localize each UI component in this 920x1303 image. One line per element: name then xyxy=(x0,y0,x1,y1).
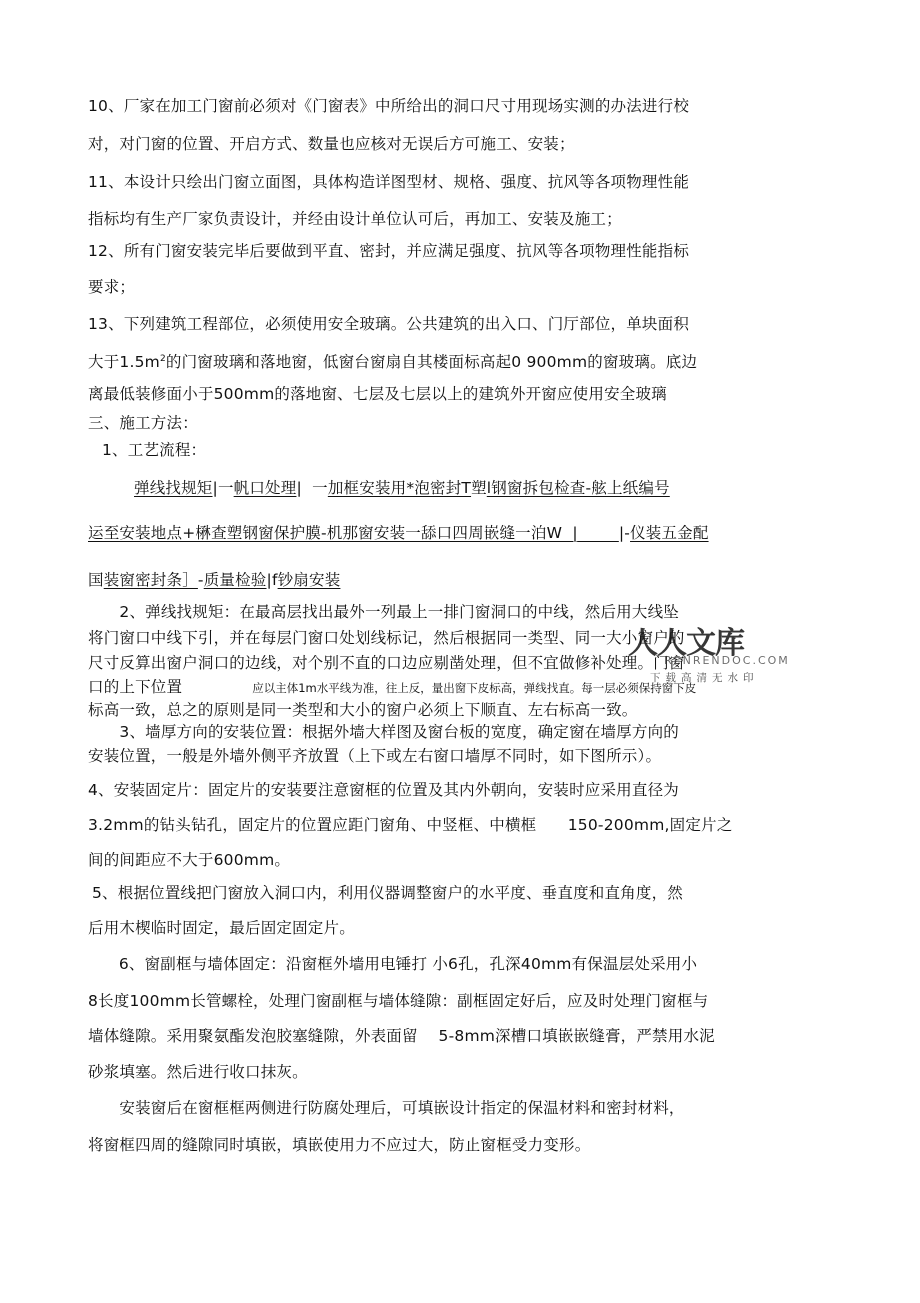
closing-line-2: 将窗框四周的缝隙同时填嵌，填嵌使用力不应过大，防止窗框受力变形。 xyxy=(88,1135,590,1155)
paragraph-13-line-1: 13、下列建筑工程部位，必须使用安全玻璃。公共建筑的出入口、门厅部位，单块面积 xyxy=(88,314,689,334)
step-6-line-1: 6、窗副框与墙体固定：沿窗框外墙用电锤打 小6孔，孔深40mm有保温层处采用小 xyxy=(98,954,697,974)
flow-seg: 质量检验 xyxy=(204,571,267,589)
process-flow-line-3: 国装窗密封条］-质量检验|f钞扇安装 xyxy=(88,570,340,590)
paragraph-13-line-2: 大于1.5m2的门窗玻璃和落地窗，低窗台窗扇自其楼面标高起0 900mm的窗玻璃… xyxy=(88,349,697,372)
paragraph-12-line-1: 12、所有门窗安装完毕后要做到平直、密封，并应满足强度、抗风等各项物理性能指标 xyxy=(88,241,689,261)
step-4-line-1: 4、安装固定片：固定片的安装要注意窗框的位置及其内外朝向，安装时应采用直径为 xyxy=(88,780,679,800)
process-flow-line-1: 弹线找规矩|一帆口处理| 一加框安装用*泡密封T塑l钢窗拆包检查-舷上纸编号 xyxy=(134,478,670,498)
flow-seg: 塑 xyxy=(471,479,487,497)
step-1-heading: 1、工艺流程： xyxy=(102,440,206,460)
paragraph-10-line-1: 10、厂家在加工门窗前必须对《门窗表》中所给出的洞口尺寸用现场实测的办法进行校 xyxy=(88,96,689,116)
paragraph-10-line-2: 对，对门窗的位置、开启方式、数量也应核对无误后方可施工、安装； xyxy=(88,134,575,154)
step-2-text-a: 口的上下位置 xyxy=(88,678,182,696)
paragraph-12-line-2: 要求； xyxy=(88,277,135,297)
step-2-line-4: 口的上下位置应以主体1m水平线为准，往上反，量出窗下皮标高，弹线找直。每一层必须… xyxy=(88,677,696,698)
flow-seg: 帆口处理 xyxy=(234,479,297,497)
flow-seg: 弹线找规矩 xyxy=(134,479,213,497)
paragraph-11-line-1: 11、本设计只绘出门窗立面图，具体构造详图型材、规格、强度、抗风等各项物理性能 xyxy=(88,172,689,192)
flow-seg: 运至安装地点+楙查塑钢窗保护膜-机那窗安装一舔口四周嵌缝一泊W | xyxy=(88,524,578,542)
step-2-line-2: 将门窗口中线下引，并在每层门窗口处划线标记，然后根据同一类型、同一大小窗户的 xyxy=(88,628,685,648)
paragraph-13-line-3: 离最低装修面小于500mm的落地窗、七层及七层以上的建筑外开窗应使用安全玻璃 xyxy=(88,384,667,404)
flow-seg: 国 xyxy=(88,571,104,589)
step-2-line-1: 2、弹线找规矩：在最高层找出最外一列最上一排门窗洞口的中线，然后用大线坠 xyxy=(88,602,679,622)
paragraph-11-line-2: 指标均有生产厂家负责设计，并经由设计单位认可后，再加工、安装及施工； xyxy=(88,209,622,229)
step-5-line-1: 5、根据位置线把门窗放入洞口内，利用仪器调整窗户的水平度、垂直度和直角度，然 xyxy=(92,883,683,903)
flow-seg xyxy=(578,524,619,542)
step-5-line-2: 后用木楔临时固定，最后固定固定片。 xyxy=(88,918,355,938)
flow-seg: 仪装五金配 xyxy=(630,524,709,542)
flow-seg: |f xyxy=(267,571,278,589)
flow-seg: 钞扇安装 xyxy=(278,571,341,589)
step-3-line-1: 3、墙厚方向的安装位置：根据外墙大样图及窗台板的宽度，确定窗在墙厚方向的 xyxy=(88,722,679,742)
step-2-line-5: 标高一致，总之的原则是同一类型和大小的窗户必须上下顺直、左右标高一致。 xyxy=(88,700,638,720)
p13-text-a: 大于1.5m xyxy=(88,353,160,371)
section-3-heading: 三、施工方法： xyxy=(88,413,198,433)
p13-text-b: 的门窗玻璃和落地窗，低窗台窗扇自其楼面标高起0 900mm的窗玻璃。底边 xyxy=(166,353,697,371)
step-4-line-2: 3.2mm的钻头钻孔，固定片的位置应距门窗角、中竖框、中横框 150-200mm… xyxy=(88,815,732,835)
flow-seg: 装窗密封条］ xyxy=(104,571,198,589)
flow-seg: l钢窗拆包检查-舷上纸编号 xyxy=(487,479,670,497)
process-flow-line-2: 运至安装地点+楙查塑钢窗保护膜-机那窗安装一舔口四周嵌缝一泊W | |-仪装五金… xyxy=(88,523,709,543)
step-4-line-3: 间的间距应不大于600mm。 xyxy=(88,850,290,870)
step-6-line-4: 砂浆填塞。然后进行收口抹灰。 xyxy=(88,1062,308,1082)
step-2-line-3: 尺寸反算出窗户洞口的边线，对个别不直的口边应剔凿处理，但不宜做修补处理。门窗 xyxy=(88,653,685,673)
flow-seg: |一 xyxy=(213,479,234,497)
flow-seg: |- xyxy=(619,524,630,542)
closing-line-1: 安装窗后在窗框框两侧进行防腐处理后，可填嵌设计指定的保温材料和密封材料， xyxy=(88,1098,685,1118)
step-6-line-2: 8长度100mm长管螺栓，处理门窗副框与墙体缝隙：副框固定好后，应及时处理门窗框… xyxy=(88,991,708,1011)
step-6-line-3: 墙体缝隙。采用聚氨酯发泡胶塞缝隙，外表面留 5-8mm深槽口填嵌嵌缝膏，严禁用水… xyxy=(88,1026,715,1046)
flow-seg: | 一 xyxy=(296,479,327,497)
flow-seg: 加框安装用*泡密封T xyxy=(328,479,471,497)
step-3-line-2: 安装位置，一般是外墙外侧平齐放置（上下或左右窗口墙厚不同时，如下图所示）。 xyxy=(88,746,661,766)
step-2-text-b: 应以主体1m水平线为准，往上反，量出窗下皮标高，弹线找直。每一层必须保持窗下皮 xyxy=(252,681,696,695)
